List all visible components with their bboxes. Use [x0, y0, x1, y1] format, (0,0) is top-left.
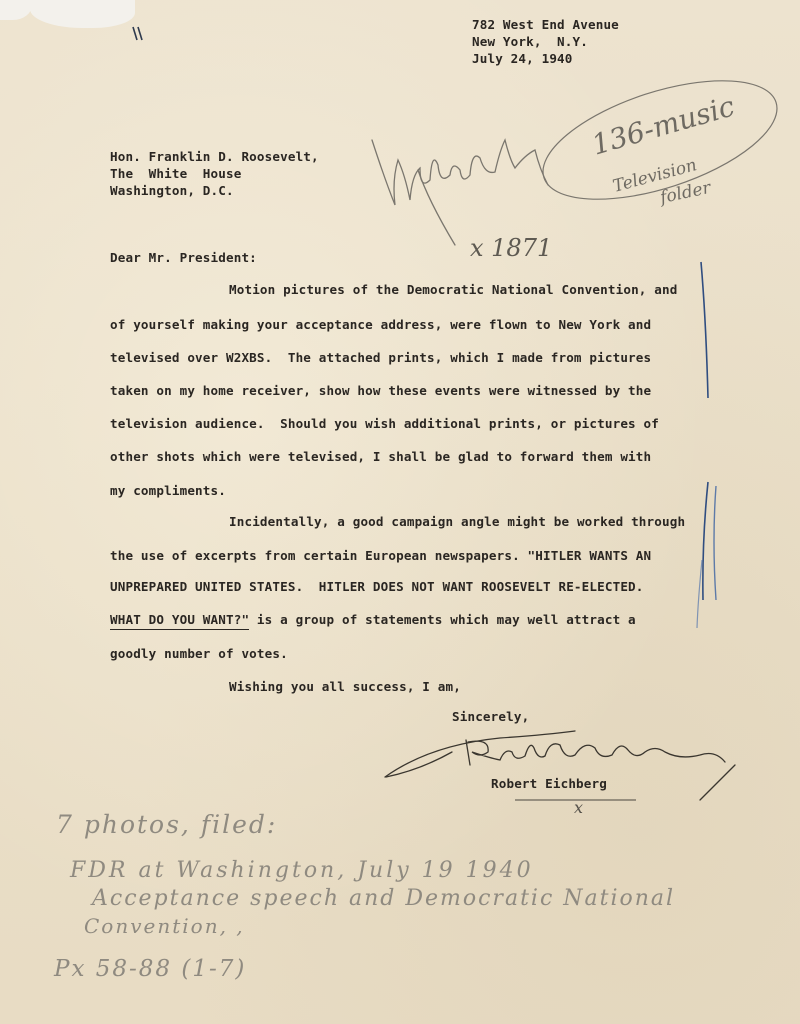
margin-line-icon: [701, 262, 708, 398]
photo-note-line4: Convention, ,: [84, 916, 245, 936]
file-number: x 1871: [470, 236, 552, 260]
photo-note-line1: 7 photos, filed:: [56, 812, 277, 837]
signature-x-mark: x: [574, 800, 583, 816]
catalog-number: Px 58-88 (1-7): [54, 958, 246, 981]
photo-note-line3: Acceptance speech and Democratic Nationa…: [92, 888, 675, 910]
letter-page: 782 West End Avenue New York, N.Y. July …: [0, 0, 800, 1024]
photo-note-line2: FDR at Washington, July 19 1940: [70, 860, 534, 882]
handwritten-signature-icon: [385, 731, 735, 800]
margin-line-icon: [703, 482, 708, 600]
initials-scrawl-icon: [372, 140, 548, 245]
margin-line-icon: [714, 486, 716, 600]
margin-line-icon: [697, 560, 702, 628]
